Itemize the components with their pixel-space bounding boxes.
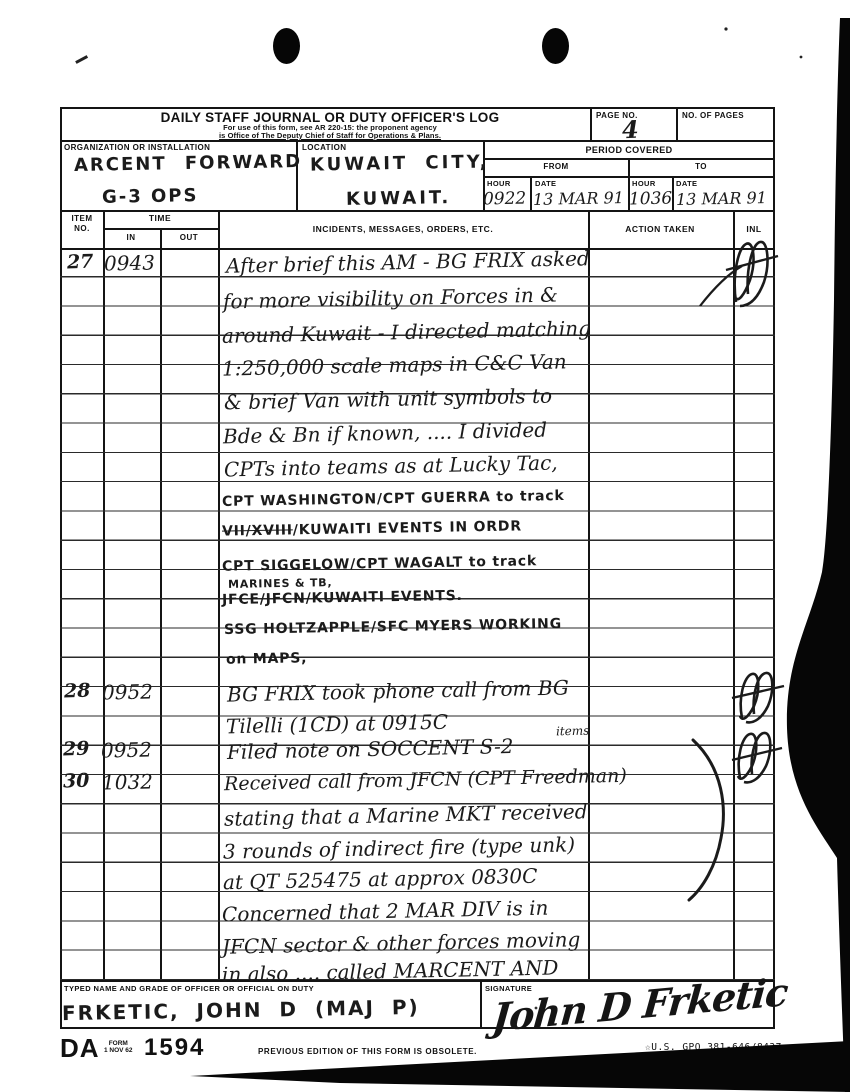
punch-hole-right bbox=[542, 28, 569, 64]
col-item-label-2: NO. bbox=[74, 224, 90, 233]
rule bbox=[676, 107, 678, 140]
from-date-label: DATE bbox=[535, 179, 556, 188]
entry-29-time-in: 0952 bbox=[101, 737, 152, 762]
to-date-value: 13 MAR 91 bbox=[676, 188, 767, 209]
entry-28-time-in: 0952 bbox=[102, 679, 153, 704]
rule bbox=[60, 210, 775, 212]
da-form-number: 1594 bbox=[144, 1034, 205, 1062]
da-form-date: 1 NOV 62 bbox=[104, 1047, 133, 1054]
entry-27-item-no: 27 bbox=[67, 251, 94, 274]
typed-name-label: TYPED NAME AND GRADE OF OFFICER OR OFFIC… bbox=[64, 984, 314, 993]
col-incidents-label: INCIDENTS, MESSAGES, ORDERS, ETC. bbox=[313, 224, 493, 234]
da-form-word: FORM bbox=[104, 1040, 133, 1047]
entry-27-time-in: 0943 bbox=[104, 250, 155, 275]
rule bbox=[480, 980, 482, 1027]
col-action-label: ACTION TAKEN bbox=[625, 224, 695, 234]
no-of-pages-label: NO. OF PAGES bbox=[682, 111, 744, 120]
da-form-stack: FORM 1 NOV 62 bbox=[104, 1040, 133, 1054]
col-inl-label: INL bbox=[746, 224, 761, 234]
location-label: LOCATION bbox=[302, 143, 346, 152]
location-value-line2: KUWAIT. bbox=[346, 187, 452, 210]
da-form-mark: DA bbox=[60, 1033, 100, 1064]
entry-29-superscript: items bbox=[556, 724, 590, 739]
form-border-bottom bbox=[60, 1027, 775, 1029]
organization-value-line1: ARCENT FORWARD bbox=[74, 151, 302, 176]
typed-name-value: FRKETIC, JOHN D (MAJ P) bbox=[62, 995, 420, 1025]
entry-30-time-in: 1032 bbox=[102, 769, 153, 794]
pen-mark bbox=[75, 55, 88, 63]
entry-28-line: Tilelli (1CD) at 0915C bbox=[226, 710, 449, 739]
location-value-line1: KUWAIT CITY, bbox=[310, 151, 490, 175]
from-label: FROM bbox=[543, 162, 568, 171]
to-hour-label: HOUR bbox=[632, 179, 656, 188]
rule bbox=[530, 176, 532, 210]
inl-initials-entry-29 bbox=[726, 728, 786, 784]
rule bbox=[103, 228, 218, 230]
from-hour-value: 0922 bbox=[483, 189, 527, 210]
organization-label: ORGANIZATION OR INSTALLATION bbox=[64, 143, 210, 152]
period-covered-label: PERIOD COVERED bbox=[585, 145, 672, 155]
col-in-label: IN bbox=[127, 233, 136, 242]
inl-initials-entry-27 bbox=[640, 236, 780, 308]
entry-27-inserted-line: MARINES & TB, bbox=[228, 576, 333, 591]
scanned-da-form-1594: DAILY STAFF JOURNAL OR DUTY OFFICER'S LO… bbox=[0, 0, 850, 1092]
to-label: TO bbox=[695, 162, 707, 171]
handwritten-paren bbox=[685, 738, 730, 903]
rule bbox=[590, 107, 592, 140]
col-time-label: TIME bbox=[149, 213, 171, 223]
col-item-label-1: ITEM bbox=[71, 214, 92, 223]
struck-text: VII/XVIII bbox=[222, 522, 293, 539]
entry-29-item-no: 29 bbox=[63, 738, 90, 761]
col-out-label: OUT bbox=[180, 233, 198, 242]
page-no-value: 4 bbox=[621, 115, 639, 145]
form-subtitle-2: is Office of The Deputy Chief of Staff f… bbox=[219, 131, 441, 140]
entry-30-item-no: 30 bbox=[63, 770, 90, 793]
from-hour-label: HOUR bbox=[487, 179, 511, 188]
rule bbox=[60, 140, 775, 142]
gpo-note: ☆U.S. GPO 381-646/8437 bbox=[645, 1042, 782, 1053]
inl-initials-entry-28 bbox=[728, 668, 788, 724]
entry-27-line: on MAPS, bbox=[226, 650, 308, 667]
obsolete-note: PREVIOUS EDITION OF THIS FORM IS OBSOLET… bbox=[258, 1047, 477, 1056]
punch-hole-left bbox=[273, 28, 300, 64]
form-border-top bbox=[60, 107, 775, 109]
from-date-value: 13 MAR 91 bbox=[533, 188, 624, 209]
to-hour-value: 1036 bbox=[629, 189, 673, 210]
to-date-label: DATE bbox=[676, 179, 697, 188]
entry-28-item-no: 28 bbox=[64, 680, 91, 703]
organization-value-line2: G-3 OPS bbox=[102, 185, 199, 208]
